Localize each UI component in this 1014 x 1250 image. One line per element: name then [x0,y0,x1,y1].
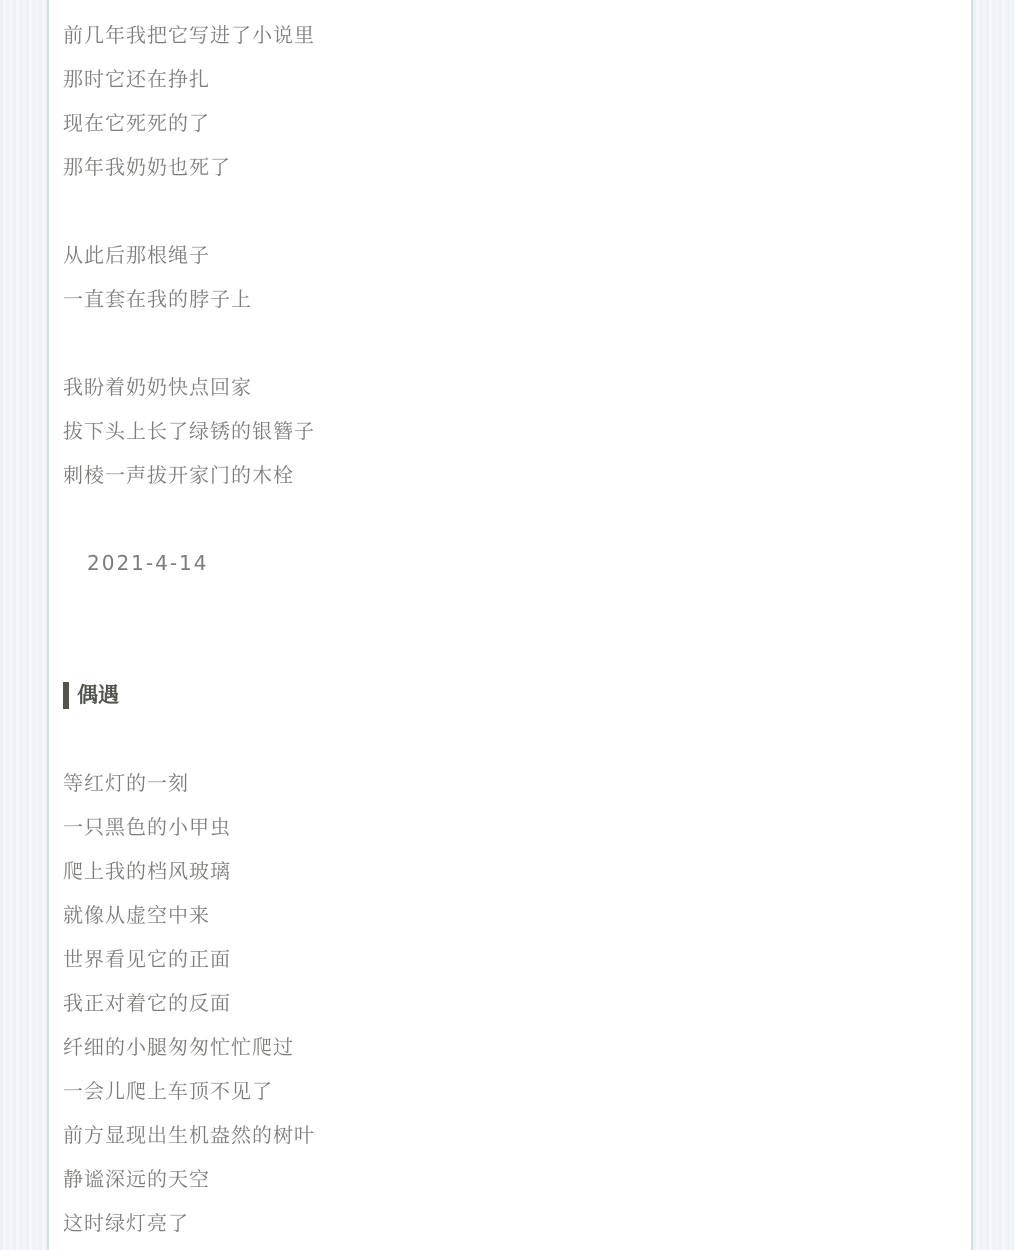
poem-title-text: 偶遇 [77,673,119,717]
poem-line: 纤细的小腿匆匆忙忙爬过 [63,1025,951,1069]
title-bar-icon [63,682,69,709]
poem-line: 世界看见它的正面 [63,937,951,981]
poem-line: 一只黑色的小甲虫 [63,805,951,849]
poem-date: 2021-4-14 [63,541,951,585]
poem-line: 我盼着奶奶快点回家 [63,365,951,409]
stanza: 等红灯的一刻 一只黑色的小甲虫 爬上我的档风玻璃 就像从虚空中来 世界看见它的正… [63,761,951,1245]
poem-line: 那年我奶奶也死了 [63,145,951,189]
poem-line: 静谧深远的天空 [63,1157,951,1201]
poem-line: 从此后那根绳子 [63,233,951,277]
right-margin-texture [973,0,1014,1250]
poem-line: 一会儿爬上车顶不见了 [63,1069,951,1113]
poem-line: 我正对着它的反面 [63,981,951,1025]
poem-line: 刺棱一声拔开家门的木栓 [63,453,951,497]
left-margin-texture [0,0,47,1250]
stanza: 前几年我把它写进了小说里 那时它还在挣扎 现在它死死的了 那年我奶奶也死了 [63,13,951,189]
article-content: 前几年我把它写进了小说里 那时它还在挣扎 现在它死死的了 那年我奶奶也死了 从此… [47,0,973,1250]
poem-line: 拔下头上长了绿锈的银簪子 [63,409,951,453]
poem-line: 这时绿灯亮了 [63,1201,951,1245]
poem-line: 就像从虚空中来 [63,893,951,937]
poem-line: 那时它还在挣扎 [63,57,951,101]
poem-line: 爬上我的档风玻璃 [63,849,951,893]
stanza: 从此后那根绳子 一直套在我的脖子上 [63,233,951,321]
page: 前几年我把它写进了小说里 那时它还在挣扎 现在它死死的了 那年我奶奶也死了 从此… [0,0,1014,1250]
poem-title: 偶遇 [63,673,951,717]
poem-line: 现在它死死的了 [63,101,951,145]
poem-line: 前几年我把它写进了小说里 [63,13,951,57]
poem-line: 前方显现出生机盎然的树叶 [63,1113,951,1157]
poem-line: 一直套在我的脖子上 [63,277,951,321]
stanza: 我盼着奶奶快点回家 拔下头上长了绿锈的银簪子 刺棱一声拔开家门的木栓 [63,365,951,497]
poem-line: 等红灯的一刻 [63,761,951,805]
